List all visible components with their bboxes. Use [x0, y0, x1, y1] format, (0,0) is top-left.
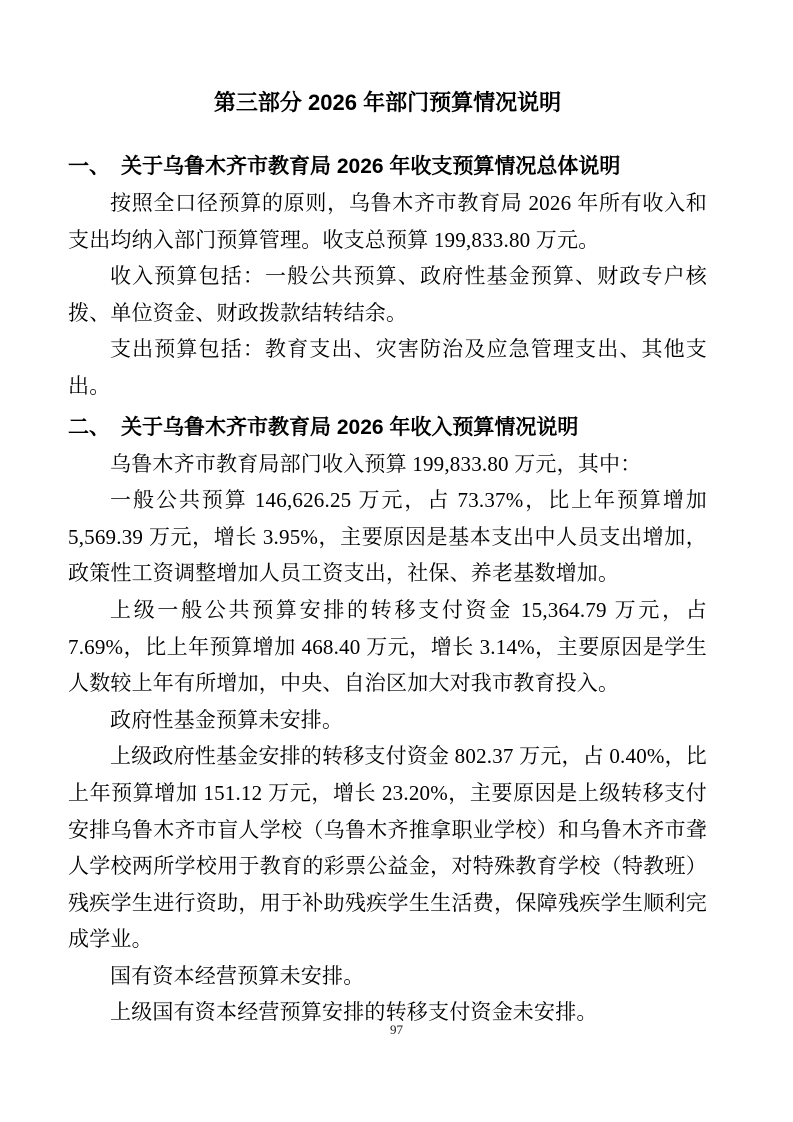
paragraph: 国有资本经营预算未安排。	[68, 958, 707, 995]
section-1-number: 一、	[68, 148, 110, 185]
paragraph: 支出预算包括：教育支出、灾害防治及应急管理支出、其他支出。	[68, 331, 707, 404]
paragraph: 上级政府性基金安排的转移支付资金 802.37 万元，占 0.40%，比上年预算…	[68, 738, 707, 958]
section-2-heading: 二、关于乌鲁木齐市教育局 2026 年收入预算情况说明	[68, 409, 707, 446]
paragraph: 收入预算包括：一般公共预算、政府性基金预算、财政专户核拨、单位资金、财政拨款结转…	[68, 258, 707, 331]
document-page: 第三部分 2026 年部门预算情况说明 一、关于乌鲁木齐市教育局 2026 年收…	[0, 0, 793, 1122]
paragraph: 按照全口径预算的原则，乌鲁木齐市教育局 2026 年所有收入和支出均纳入部门预算…	[68, 185, 707, 258]
section-income-expense-overview: 一、关于乌鲁木齐市教育局 2026 年收支预算情况总体说明 按照全口径预算的原则…	[68, 148, 707, 405]
paragraph: 上级一般公共预算安排的转移支付资金 15,364.79 万元，占 7.69%，比…	[68, 592, 707, 702]
section-income-budget-detail: 二、关于乌鲁木齐市教育局 2026 年收入预算情况说明 乌鲁木齐市教育局部门收入…	[68, 409, 707, 1032]
page-number: 97	[0, 1022, 793, 1038]
paragraph: 政府性基金预算未安排。	[68, 702, 707, 739]
section-2-number: 二、	[68, 409, 110, 446]
paragraph: 乌鲁木齐市教育局部门收入预算 199,833.80 万元，其中：	[68, 446, 707, 483]
section-1-title: 关于乌鲁木齐市教育局 2026 年收支预算情况总体说明	[121, 155, 620, 178]
section-2-title: 关于乌鲁木齐市教育局 2026 年收入预算情况说明	[121, 416, 578, 439]
section-1-heading: 一、关于乌鲁木齐市教育局 2026 年收支预算情况总体说明	[68, 148, 707, 185]
paragraph: 一般公共预算 146,626.25 万元，占 73.37%，比上年预算增加 5,…	[68, 482, 707, 592]
document-content: 第三部分 2026 年部门预算情况说明 一、关于乌鲁木齐市教育局 2026 年收…	[68, 0, 707, 1031]
page-title: 第三部分 2026 年部门预算情况说明	[68, 90, 707, 116]
